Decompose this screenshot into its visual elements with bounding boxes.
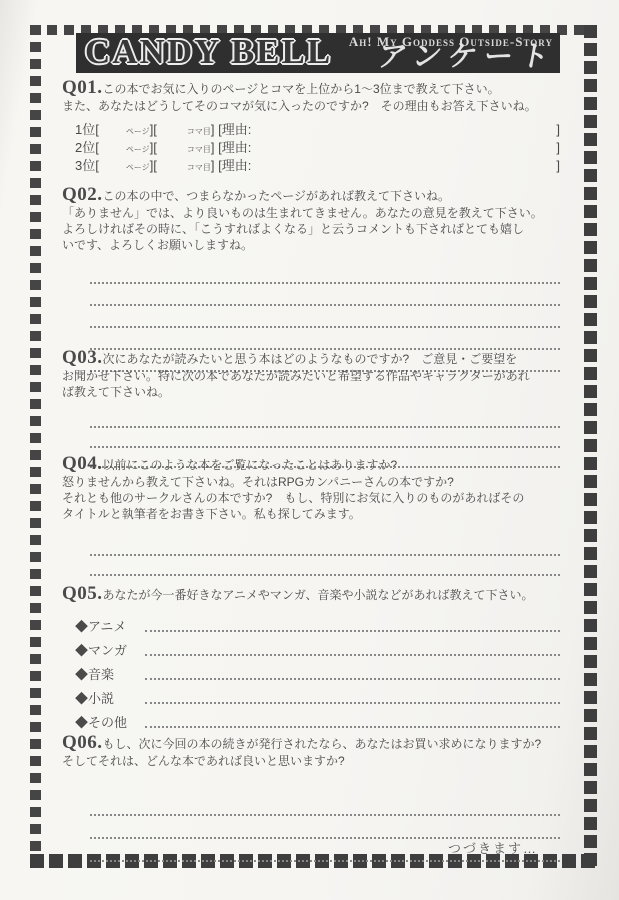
question-heading: Q03.次にあなたが読みたいと思う本はどのようなものですか? ご意見・ご要望を	[62, 349, 560, 368]
answer-line	[145, 726, 560, 728]
question-text: また、あなたはどうしてそのコマが気に入ったのですか? その理由もお答え下さいね。	[62, 98, 560, 114]
rank-row-2: 2位[ページ][コマ目] [理由:]	[75, 137, 560, 155]
bracket-separator: ][	[150, 158, 157, 173]
question-text: 怒りませんから教えて下さいね。それはRPGカンパニーさんの本ですか?	[62, 474, 560, 490]
panel-unit-label: コマ目	[187, 144, 211, 155]
page-unit-label: ページ	[126, 144, 150, 155]
question-q05: Q05.あなたが今一番好きなアニメやマンガ、音楽や小説などがあれば教えて下さい。…	[62, 585, 560, 731]
answer-line	[90, 408, 560, 428]
question-text: いです、よろしくお願いしますね。	[62, 237, 560, 253]
answer-line	[90, 816, 560, 839]
rank-row-1: 1位[ページ][コマ目] [理由:]	[75, 119, 560, 137]
question-number: Q04.	[62, 453, 103, 474]
answer-line	[145, 654, 560, 656]
question-heading: Q01.この本でお気に入りのページとコマを上位から1〜3位まで教えて下さい。	[62, 79, 560, 98]
question-number: Q01.	[62, 77, 103, 98]
panel-unit-label: コマ目	[187, 162, 211, 173]
category-label: ◆音楽	[75, 664, 139, 683]
checkered-border-right	[584, 25, 597, 868]
category-label: ◆その他	[75, 712, 139, 731]
category-rows: ◆アニメ ◆マンガ ◆音楽 ◆小説 ◆その他	[75, 611, 560, 731]
question-heading: Q04.以前にこのような本をご覧になったことはありますか?	[62, 455, 560, 474]
question-text: そしてそれは、どんな本であれば良いと思いますか?	[62, 753, 560, 769]
category-label: ◆アニメ	[75, 616, 139, 635]
category-row-manga: ◆マンガ	[75, 635, 560, 659]
question-q04: Q04.以前にこのような本をご覧になったことはありますか? 怒りませんから教えて…	[62, 455, 560, 576]
question-text: タイトルと執筆者をお書き下さい。私も探してみます。	[62, 506, 560, 522]
answer-line	[145, 678, 560, 680]
answer-line	[90, 328, 560, 350]
reason-label: ] [理由:	[211, 155, 251, 174]
answer-line	[145, 630, 560, 632]
question-text: よろしければその時に、「こうすればよくなる」と云うコメントも下さればとても嬉し	[62, 221, 560, 237]
category-row-music: ◆音楽	[75, 659, 560, 683]
closing-bracket: ]	[556, 140, 560, 155]
category-row-other: ◆その他	[75, 707, 560, 731]
answer-line	[90, 556, 560, 576]
questionnaire-page: CANDY BELL Ah! My Goddess Outside-Story …	[0, 0, 619, 900]
checkered-border-left	[30, 25, 41, 868]
rank-row-3: 3位[ページ][コマ目] [理由:]	[75, 155, 560, 173]
category-label: ◆小説	[75, 688, 139, 707]
rank-label: 2位[	[75, 137, 99, 156]
answer-line	[90, 284, 560, 306]
rank-label: 3位[	[75, 155, 99, 174]
answer-line	[90, 306, 560, 328]
question-text: お聞かせ下さい。特に次の本であなたが読みたいと希望する作品やキャラクターがあれ	[62, 368, 560, 384]
answer-line	[90, 262, 560, 284]
to-be-continued-note: つづきます…	[62, 838, 538, 857]
question-q03: Q03.次にあなたが読みたいと思う本はどのようなものですか? ご意見・ご要望を …	[62, 349, 560, 468]
category-label: ◆マンガ	[75, 640, 139, 659]
survey-label: アンケート	[374, 34, 559, 75]
category-row-novel: ◆小説	[75, 683, 560, 707]
closing-bracket: ]	[556, 122, 560, 137]
question-text: ば教えて下さいね。	[62, 384, 560, 400]
category-row-anime: ◆アニメ	[75, 611, 560, 635]
reason-label: ] [理由:	[211, 119, 251, 138]
question-text: この本の中で、つまらなかったページがあれば教えて下さいね。	[103, 189, 451, 203]
page-unit-label: ページ	[126, 162, 150, 173]
question-text: 「ありません」では、より良いものは生まれてきません。あなたの意見を教えて下さい。	[62, 205, 560, 221]
question-number: Q05.	[62, 583, 103, 604]
question-q02: Q02.この本の中で、つまらなかったページがあれば教えて下さいね。 「ありません…	[62, 186, 560, 372]
question-number: Q02.	[62, 184, 103, 205]
answer-line	[145, 702, 560, 704]
bracket-separator: ][	[150, 122, 157, 137]
bracket-separator: ][	[150, 140, 157, 155]
question-heading: Q05.あなたが今一番好きなアニメやマンガ、音楽や小説などがあれば教えて下さい。	[62, 585, 560, 604]
rank-label: 1位[	[75, 119, 99, 138]
page-unit-label: ページ	[126, 126, 150, 137]
question-number: Q06.	[62, 732, 103, 753]
rank-rows: 1位[ページ][コマ目] [理由:] 2位[ページ][コマ目] [理由:] 3位…	[75, 119, 560, 173]
reason-label: ] [理由:	[211, 137, 251, 156]
question-text: この本でお気に入りのページとコマを上位から1〜3位まで教えて下さい。	[103, 82, 500, 96]
question-text: 次にあなたが読みたいと思う本はどのようなものですか? ご意見・ご要望を	[103, 352, 518, 366]
question-text: 以前にこのような本をご覧になったことはありますか?	[103, 458, 398, 472]
question-heading: Q06.もし、次に今回の本の続きが発行されたなら、あなたはお買い求めになりますか…	[62, 734, 560, 753]
question-number: Q03.	[62, 347, 103, 368]
panel-unit-label: コマ目	[187, 126, 211, 137]
header-bar: CANDY BELL Ah! My Goddess Outside-Story …	[76, 33, 560, 73]
question-text: それとも他のサークルさんの本ですか? もし、特別にお気に入りのものがあればその	[62, 490, 560, 506]
question-q01: Q01.この本でお気に入りのページとコマを上位から1〜3位まで教えて下さい。 ま…	[62, 79, 560, 173]
page-title: CANDY BELL	[85, 32, 332, 72]
answer-line	[90, 536, 560, 556]
answer-line	[90, 428, 560, 448]
question-text: あなたが今一番好きなアニメやマンガ、音楽や小説などがあれば教えて下さい。	[103, 588, 534, 602]
question-heading: Q02.この本の中で、つまらなかったページがあれば教えて下さいね。	[62, 186, 560, 205]
closing-bracket: ]	[556, 158, 560, 173]
question-text: もし、次に今回の本の続きが発行されたなら、あなたはお買い求めになりますか?	[103, 737, 542, 751]
answer-line	[90, 793, 560, 816]
answer-lines	[90, 536, 560, 576]
